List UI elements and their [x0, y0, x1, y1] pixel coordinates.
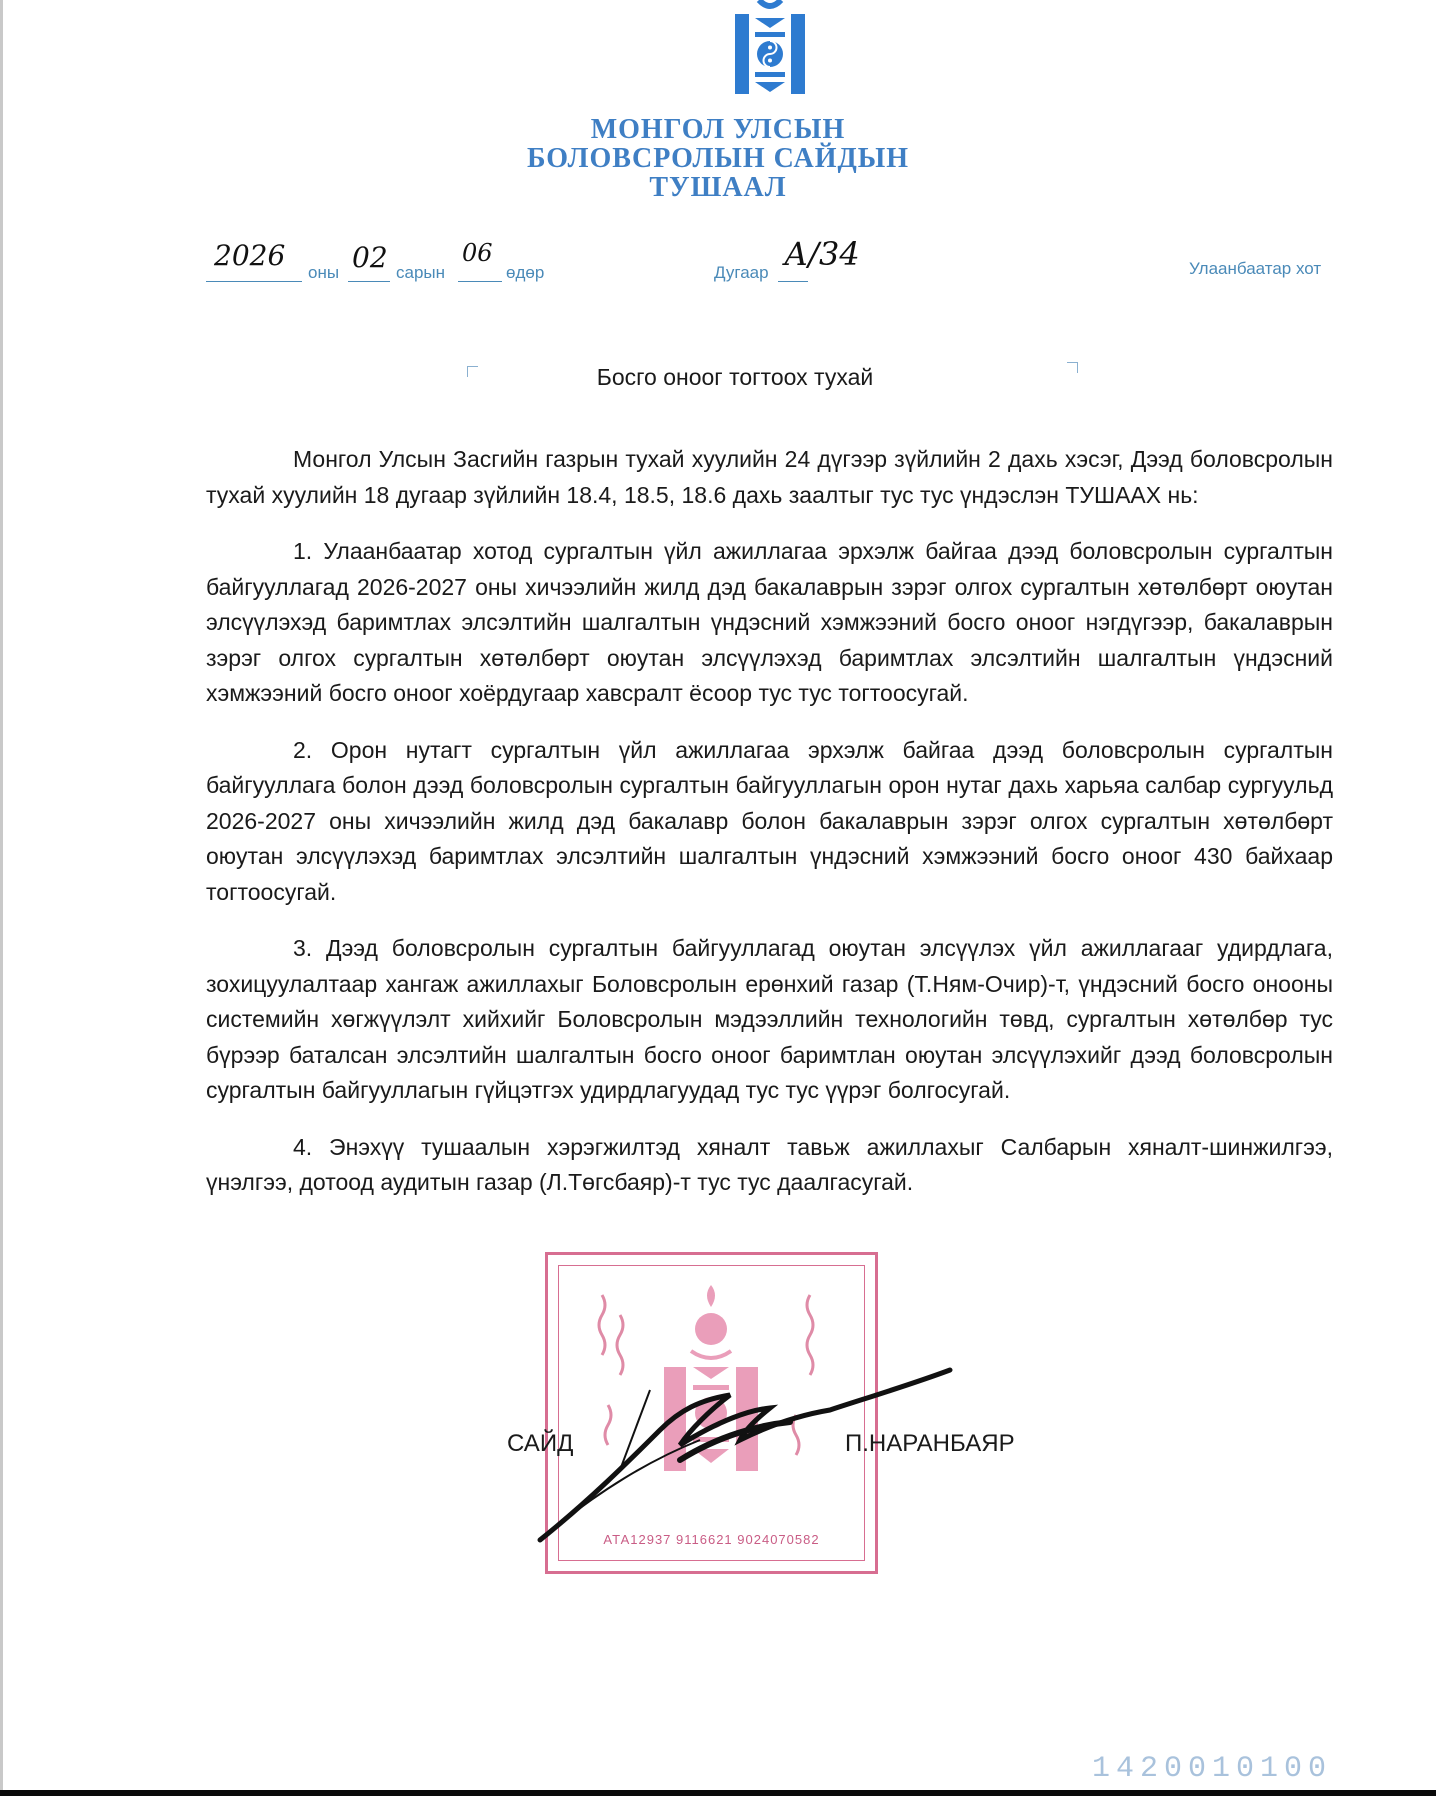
date-month: 02: [352, 241, 388, 274]
scan-bottom-edge: [0, 1790, 1436, 1796]
document-number: А/34: [784, 235, 860, 273]
day-label: өдөр: [506, 263, 544, 283]
preamble-paragraph: Монгол Улсын Засгийн газрын тухай хуулий…: [206, 442, 1333, 513]
number-label: Дугаар: [714, 263, 769, 283]
clause-2: 2. Орон нутагт сургалтын үйл ажиллагаа э…: [206, 733, 1333, 911]
handwritten-signature: [530, 1350, 970, 1550]
place-label: Улаанбаатар хот: [1189, 259, 1321, 279]
month-underline: [348, 281, 390, 282]
clause-4: 4. Энэхүү тушаалын хэрэгжилтэд хяналт та…: [206, 1130, 1333, 1201]
date-year: 2026: [214, 239, 285, 272]
date-day: 06: [462, 239, 493, 267]
clause-3: 3. Дээд боловсролын сургалтын байгууллаг…: [206, 931, 1333, 1109]
clause-1: 1. Улаанбаатар хотод сургалтын үйл ажилл…: [206, 534, 1333, 712]
year-underline: [206, 281, 302, 282]
soyombo-emblem-icon: [733, 0, 807, 94]
document-subject: Босго оноог тогтоох тухай: [0, 364, 1436, 391]
header-country: МОНГОЛ УЛСЫН: [0, 114, 1436, 146]
registration-number: 1420010100: [1092, 1752, 1332, 1786]
document-body: Монгол Улсын Засгийн газрын тухай хуулий…: [206, 442, 1333, 1222]
day-underline: [458, 281, 502, 282]
header-doc-type: ТУШААЛ: [0, 172, 1436, 204]
number-underline: [778, 281, 808, 282]
header-ministry: БОЛОВСРОЛЫН САЙДЫН: [0, 143, 1436, 175]
year-label: оны: [308, 263, 339, 283]
document-meta-row: 2026 оны 02 сарын 06 өдөр Дугаар А/34 Ул…: [0, 245, 1436, 285]
month-label: сарын: [396, 263, 445, 283]
